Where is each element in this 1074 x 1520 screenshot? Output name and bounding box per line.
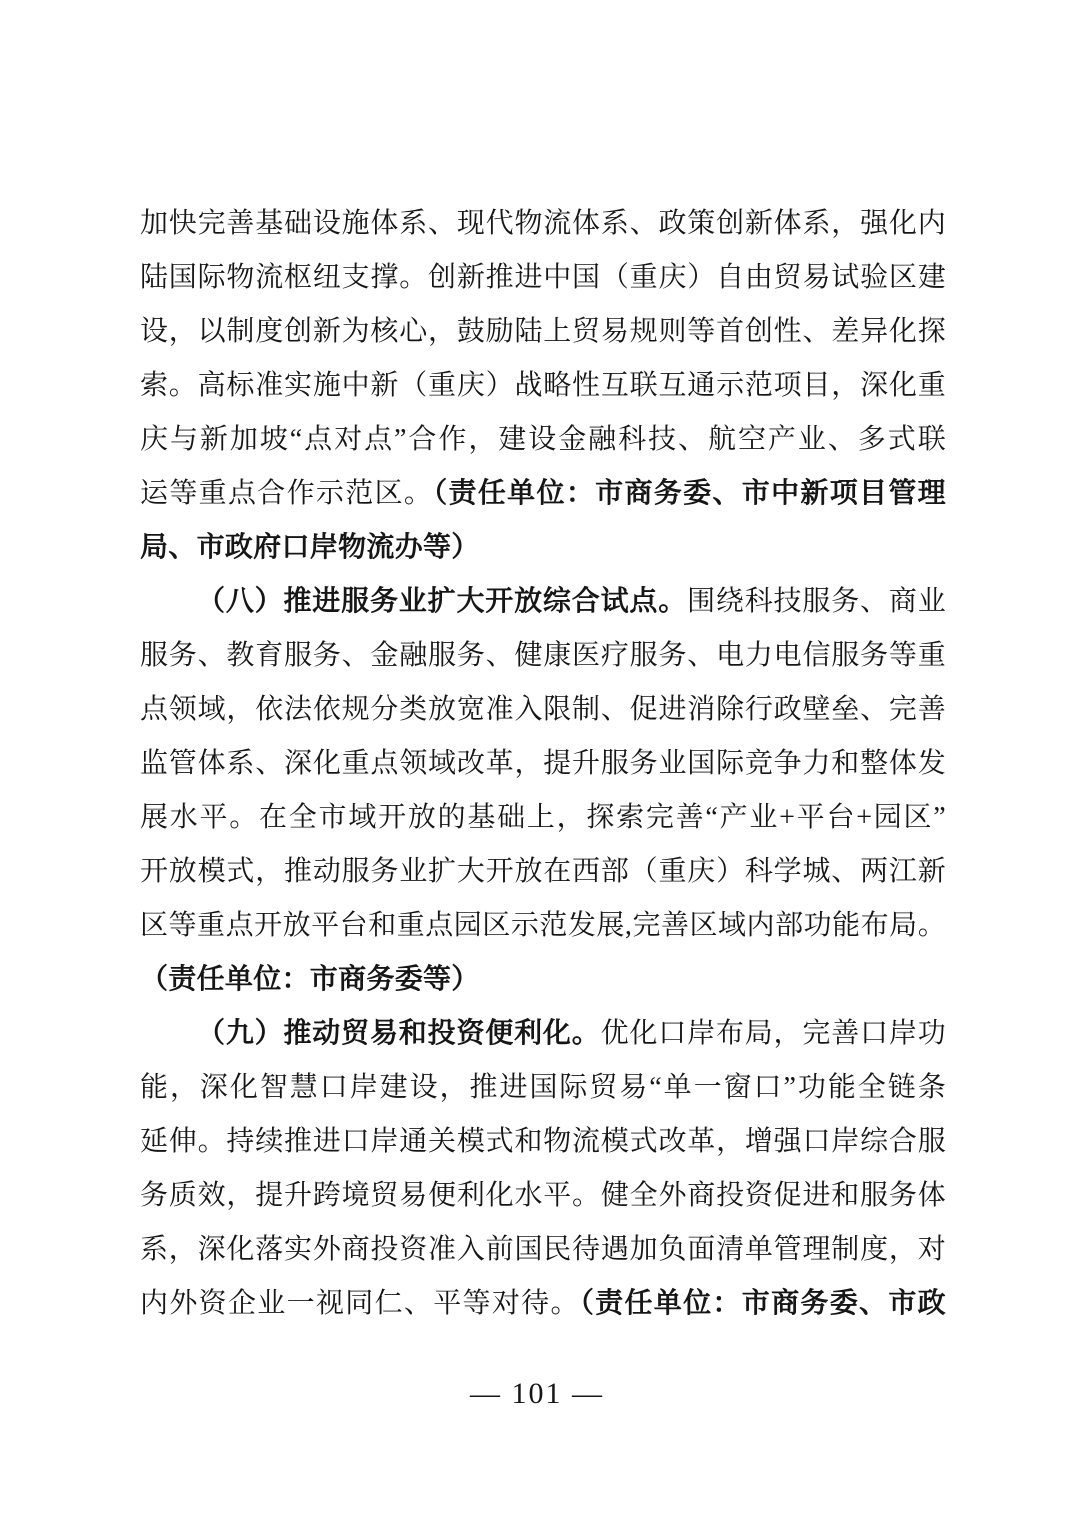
paragraph-text: 陆国际物流枢纽支撑。创新推进中国（重庆）自由贸易试验区建 [140,262,946,293]
text-line: 能，深化智慧口岸建设，推进国际贸易“单一窗口”功能全链条 [140,1061,946,1115]
text-line: 延伸。持续推进口岸通关模式和物流模式改革，增强口岸综合服 [140,1115,946,1169]
paragraph-text: 运等重点合作示范区。 [140,478,433,509]
text-line: 运等重点合作示范区。（责任单位：市商务委、市中新项目管理 [140,467,946,521]
paragraph-text: 服务、教育服务、金融服务、健康医疗服务、电力电信服务等重 [140,640,946,671]
paragraph-text: 务质效，提升跨境贸易便利化水平。健全外商投资促进和服务体 [140,1180,946,1211]
paragraph-text: 优化口岸布局，完善口岸功 [601,1018,946,1049]
page-number: — 101 — [0,1373,1074,1415]
text-line: 庆与新加坡“点对点”合作，建设金融科技、航空产业、多式联 [140,413,946,467]
paragraph-text: 庆与新加坡“点对点”合作，建设金融科技、航空产业、多式联 [140,424,946,455]
paragraph-text: 加快完善基础设施体系、现代物流体系、政策创新体系，强化内 [140,208,946,239]
responsibility-unit-text: （责任单位：市商务委等） [140,964,480,995]
text-line: 设，以制度创新为核心，鼓励陆上贸易规则等首创性、差异化探 [140,305,946,359]
paragraph-text: 监管体系、深化重点领域改革，提升服务业国际竞争力和整体发 [140,748,946,779]
text-line: 内外资企业一视同仁、平等对待。（责任单位：市商务委、市政 [140,1277,946,1331]
responsibility-unit-text: （责任单位：市商务委、市政 [580,1288,946,1319]
text-line: 区等重点开放平台和重点园区示范发展,完善区域内部功能布局。 [140,899,946,953]
text-line: （九）推动贸易和投资便利化。优化口岸布局，完善口岸功 [140,1007,946,1061]
paragraph-text: 索。高标准实施中新（重庆）战略性互联互通示范项目，深化重 [140,370,946,401]
paragraph-text: 能，深化智慧口岸建设，推进国际贸易“单一窗口”功能全链条 [140,1072,946,1103]
document-text-block: 加快完善基础设施体系、现代物流体系、政策创新体系，强化内 陆国际物流枢纽支撑。创… [140,197,946,1331]
text-line: 加快完善基础设施体系、现代物流体系、政策创新体系，强化内 [140,197,946,251]
responsibility-unit-text: （责任单位：市商务委、市中新项目管理 [433,478,946,509]
paragraph-text: 设，以制度创新为核心，鼓励陆上贸易规则等首创性、差异化探 [140,316,946,347]
section-9-heading: （九）推动贸易和投资便利化。 [197,1018,601,1049]
text-line: 局、市政府口岸物流办等） [140,521,946,575]
text-line: 监管体系、深化重点领域改革，提升服务业国际竞争力和整体发 [140,737,946,791]
paragraph-text: 开放模式，推动服务业扩大开放在西部（重庆）科学城、两江新 [140,856,946,887]
paragraph-text: 系，深化落实外商投资准入前国民待遇加负面清单管理制度，对 [140,1234,946,1265]
paragraph-text: 点领域，依法依规分类放宽准入限制、促进消除行政壁垒、完善 [140,694,946,725]
text-line: 点领域，依法依规分类放宽准入限制、促进消除行政壁垒、完善 [140,683,946,737]
text-line: （责任单位：市商务委等） [140,953,946,1007]
document-page: 加快完善基础设施体系、现代物流体系、政策创新体系，强化内 陆国际物流枢纽支撑。创… [0,0,1074,1520]
text-line: 陆国际物流枢纽支撑。创新推进中国（重庆）自由贸易试验区建 [140,251,946,305]
text-line: 索。高标准实施中新（重庆）战略性互联互通示范项目，深化重 [140,359,946,413]
section-8-heading: （八）推进服务业扩大开放综合试点。 [197,586,687,617]
text-line: 服务、教育服务、金融服务、健康医疗服务、电力电信服务等重 [140,629,946,683]
text-line: （八）推进服务业扩大开放综合试点。围绕科技服务、商业 [140,575,946,629]
paragraph-text: 区等重点开放平台和重点园区示范发展,完善区域内部功能布局。 [140,910,946,941]
text-line: 展水平。在全市域开放的基础上，探索完善“产业+平台+园区” [140,791,946,845]
paragraph-text: 围绕科技服务、商业 [687,586,946,617]
responsibility-unit-text: 局、市政府口岸物流办等） [140,532,480,563]
paragraph-text: 展水平。在全市域开放的基础上，探索完善“产业+平台+园区” [140,802,946,833]
text-line: 系，深化落实外商投资准入前国民待遇加负面清单管理制度，对 [140,1223,946,1277]
text-line: 开放模式，推动服务业扩大开放在西部（重庆）科学城、两江新 [140,845,946,899]
paragraph-text: 延伸。持续推进口岸通关模式和物流模式改革，增强口岸综合服 [140,1126,946,1157]
paragraph-text: 内外资企业一视同仁、平等对待。 [140,1288,580,1319]
text-line: 务质效，提升跨境贸易便利化水平。健全外商投资促进和服务体 [140,1169,946,1223]
